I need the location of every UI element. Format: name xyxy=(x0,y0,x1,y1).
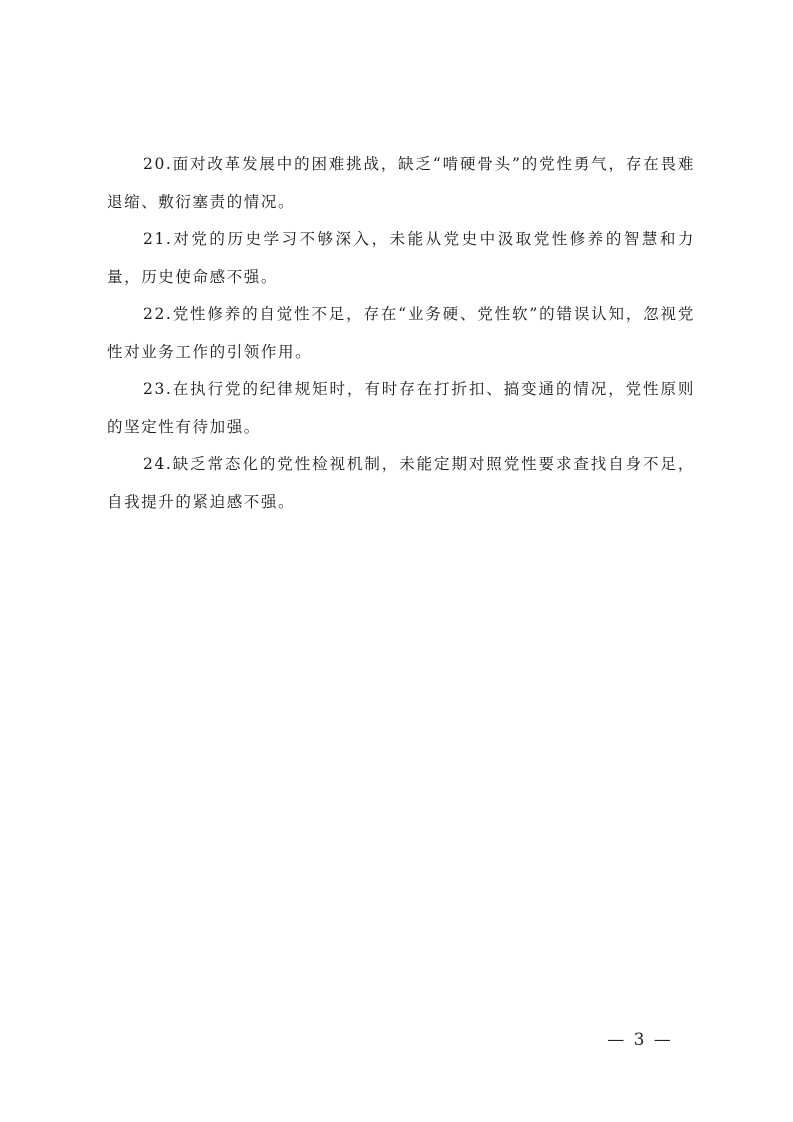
list-item-21: 21.对党的历史学习不够深入，未能从党史中汲取党性修养的智慧和力量，历史使命感不… xyxy=(107,221,695,296)
document-page: 20.面对改革发展中的困难挑战，缺乏“啃硬骨头”的党性勇气，存在畏难退缩、敷衍塞… xyxy=(0,0,793,1122)
list-item-20: 20.面对改革发展中的困难挑战，缺乏“啃硬骨头”的党性勇气，存在畏难退缩、敷衍塞… xyxy=(107,146,695,221)
page-number: — 3 — xyxy=(600,1030,680,1050)
list-item-24: 24.缺乏常态化的党性检视机制，未能定期对照党性要求查找自身不足，自我提升的紧迫… xyxy=(107,446,695,521)
list-item-23: 23.在执行党的纪律规矩时，有时存在打折扣、搞变通的情况，党性原则的坚定性有待加… xyxy=(107,371,695,446)
document-body: 20.面对改革发展中的困难挑战，缺乏“啃硬骨头”的党性勇气，存在畏难退缩、敷衍塞… xyxy=(107,146,695,521)
list-item-22: 22.党性修养的自觉性不足，存在“业务硬、党性软”的错误认知，忽视党性对业务工作… xyxy=(107,296,695,371)
